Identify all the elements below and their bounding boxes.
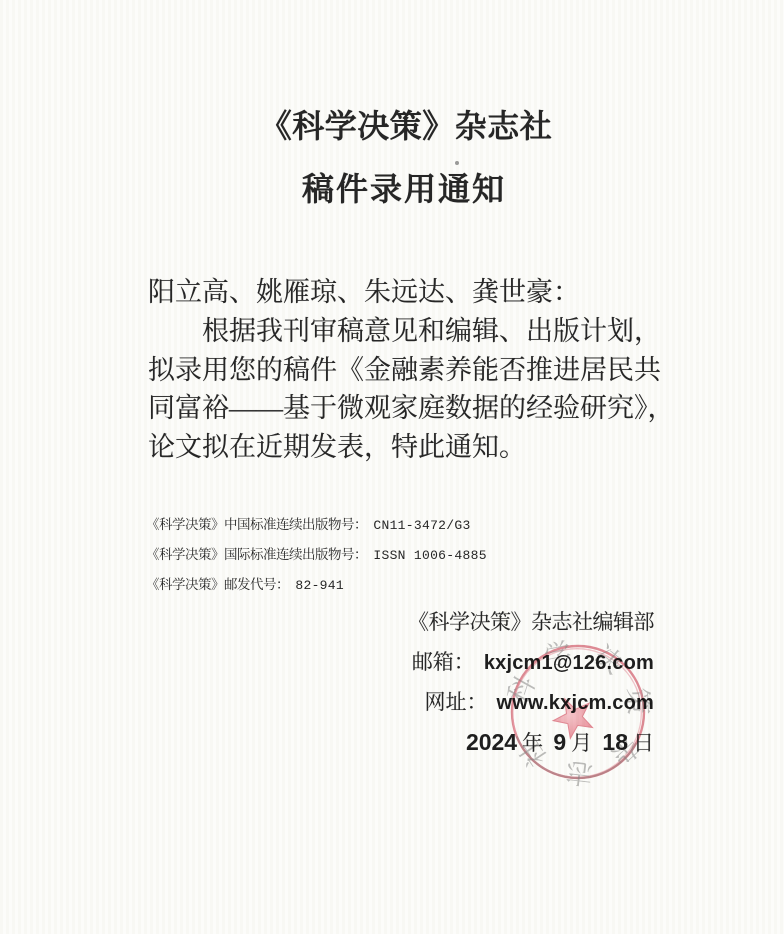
date-year: 2024 — [466, 729, 517, 755]
cn-number-label: 《科学决策》中国标准连续出版物号： — [146, 517, 367, 532]
website-line: 网址：www.kxjcm.com — [408, 682, 654, 722]
editorial-department-name: 《科学决策》杂志社编辑部 — [408, 602, 654, 642]
journal-name-title: 《科学决策》杂志社 — [14, 101, 784, 147]
body-line-1: 根据我刊审稿意见和编辑、出版计划， — [148, 312, 688, 351]
email-line: 邮箱：kxjcm1@126.com — [408, 642, 654, 682]
date-line: 2024年 9月 18日 — [408, 722, 654, 762]
email-address: kxjcm1@126.com — [484, 652, 654, 674]
postal-code-value: 82-941 — [295, 578, 344, 593]
issn-number-value: ISSN 1006-4885 — [373, 548, 486, 563]
body-line-3: 同富裕——基于微观家庭数据的经验研究》， — [148, 389, 688, 428]
notice-title: 稿件录用通知 — [12, 164, 784, 210]
recipients-line: 阳立高、姚雁琼、朱远达、龚世豪： — [148, 273, 688, 312]
date-day: 18 — [602, 729, 628, 755]
publication-info-row-issn: 《科学决策》国际标准连续出版物号： ISSN 1006-4885 — [146, 540, 487, 570]
postal-code-label: 《科学决策》邮发代号： — [146, 577, 289, 592]
website-label: 网址： — [425, 690, 488, 714]
signature-block: 《科学决策》杂志社编辑部 邮箱：kxjcm1@126.com 网址：www.kx… — [408, 602, 654, 762]
email-label: 邮箱： — [412, 650, 475, 674]
publication-info-row-cn: 《科学决策》中国标准连续出版物号： CN11-3472/G3 — [146, 510, 487, 540]
letter-body: 阳立高、姚雁琼、朱远达、龚世豪： 根据我刊审稿意见和编辑、出版计划， 拟录用您的… — [148, 273, 688, 467]
issn-number-label: 《科学决策》国际标准连续出版物号： — [146, 547, 367, 562]
publication-info-row-postal: 《科学决策》邮发代号： 82-941 — [146, 570, 487, 600]
publication-info: 《科学决策》中国标准连续出版物号： CN11-3472/G3 《科学决策》国际标… — [146, 510, 487, 600]
date-month: 9 — [553, 729, 566, 755]
scan-speck — [455, 161, 459, 165]
date-month-unit: 月 — [571, 731, 592, 755]
date-day-unit: 日 — [633, 731, 654, 755]
cn-number-value: CN11-3472/G3 — [373, 518, 470, 533]
body-line-2: 拟录用您的稿件《金融素养能否推进居民共 — [148, 351, 688, 390]
date-year-unit: 年 — [522, 731, 543, 755]
body-line-4: 论文拟在近期发表，特此通知。 — [148, 428, 688, 467]
website-address: www.kxjcm.com — [497, 692, 654, 714]
document-page: 《科学决策》杂志社 稿件录用通知 阳立高、姚雁琼、朱远达、龚世豪： 根据我刊审稿… — [0, 0, 784, 934]
